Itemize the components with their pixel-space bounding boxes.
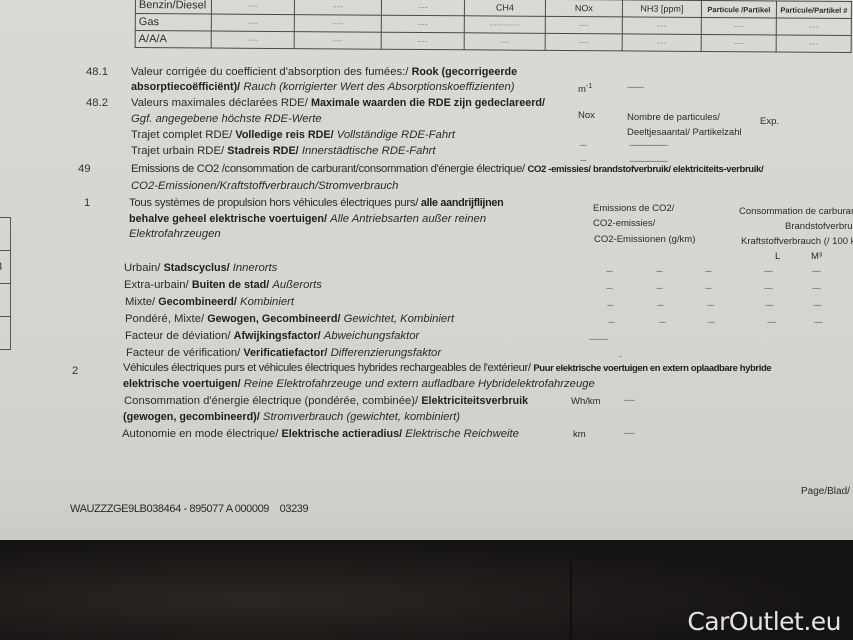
section-49-line1: Emissions de CO2 /consommation de carbur… xyxy=(131,163,763,175)
text-de: Innerstädtische RDE-Fahrt xyxy=(302,145,436,157)
document-page: Benzin/Diesel --- --- --- CH4 NOx NH3 [p… xyxy=(0,0,853,580)
value-field: --- xyxy=(580,140,586,150)
electric-consumption-row: Consommation d'énergie électrique (pondé… xyxy=(124,395,528,407)
text-fr: Valeurs maximales déclarées RDE/ xyxy=(131,97,308,109)
value-field: -------- xyxy=(627,82,643,92)
table-cell xyxy=(0,317,10,349)
table-cell xyxy=(0,218,10,251)
text-fr: Tous systèmes de propulsion hors véhicul… xyxy=(129,197,418,209)
value-field: ------------------- xyxy=(629,140,667,150)
table-cell: --- xyxy=(211,0,294,15)
text-fr: Urbain/ xyxy=(124,262,160,274)
section-1-line2: behalve geheel elektrische voertuigen/ A… xyxy=(129,213,486,225)
text-de: Abweichungsfaktor xyxy=(324,330,419,342)
table-row: A/A/A --- --- --- --- --- --- --- --- xyxy=(135,31,851,53)
text-nl: Gewogen, Gecombineerd/ xyxy=(207,313,340,325)
value-field: --- xyxy=(606,283,612,293)
table-cell: --- xyxy=(211,31,294,49)
table-cell: --- xyxy=(622,34,701,52)
text-nl: CO2 -emissies/ brandstofverbruik/ elektr… xyxy=(527,164,763,175)
text-de: Elektrische Reichweite xyxy=(405,428,519,440)
unit-label: M³ xyxy=(811,251,822,262)
row-label: A/A/A xyxy=(135,31,211,49)
column-header-particle-count: Particule/Partikel # xyxy=(776,1,851,19)
text-nl: Gecombineerd/ xyxy=(158,296,237,308)
text-nl: Volledige reis RDE/ xyxy=(235,129,333,141)
table-cell: --------- xyxy=(464,16,545,34)
rde-row: Trajet urbain RDE/ Stadreis RDE/ Innerst… xyxy=(131,145,436,157)
emissions-table: Benzin/Diesel --- --- --- CH4 NOx NH3 [p… xyxy=(135,0,852,53)
column-label-nox: Nox xyxy=(578,110,595,121)
row-label: Gas xyxy=(135,14,211,32)
unit-label: L xyxy=(775,251,780,262)
value-field: --- xyxy=(705,283,711,293)
text-nl: behalve geheel elektrische voertuigen/ xyxy=(129,213,327,225)
column-label-fuel: Consommation de carburant xyxy=(739,206,853,217)
text-fr: Trajet complet RDE/ xyxy=(131,129,232,141)
adjacent-page-table: 3 xyxy=(0,217,11,350)
column-label-co2: CO2-Emissionen (g/km) xyxy=(594,234,695,245)
text-nl: Verificatiefactor/ xyxy=(243,347,327,359)
text-fr: Véhicules électriques purs et véhicules … xyxy=(123,362,531,374)
consumption-row: Urbain/ Stadscyclus/ Innerorts xyxy=(124,262,277,274)
value-field: --------- xyxy=(589,334,607,344)
text-de: Differenzierungsfaktor xyxy=(331,347,442,359)
value-field: ---- xyxy=(765,300,773,310)
consumption-row: Facteur de déviation/ Afwijkingsfactor/ … xyxy=(125,330,419,342)
section-number: 49 xyxy=(78,163,91,175)
unit-label: m-1 xyxy=(578,83,592,95)
section-48-1-line1: Valeur corrigée du coefficient d'absorpt… xyxy=(131,66,517,78)
table-cell: --- xyxy=(545,16,622,34)
electric-range-row: Autonomie en mode électrique/ Elektrisch… xyxy=(122,428,519,440)
text-fr: Pondéré, Mixte/ xyxy=(125,313,204,325)
section-1-line1: Tous systèmes de propulsion hors véhicul… xyxy=(129,197,503,209)
text-de: Rauch (korrigierter Wert des Absorptions… xyxy=(243,81,514,93)
section-number: 48.1 xyxy=(86,66,108,78)
table-cell: --- xyxy=(545,33,622,51)
page-label: Page/Blad/ xyxy=(801,486,850,497)
text-nl: Elektrische actieradius/ xyxy=(282,428,403,440)
section-number: 2 xyxy=(72,365,78,377)
row-label: Benzin/Diesel xyxy=(135,0,211,14)
table-cell: --- xyxy=(381,15,464,33)
value-field: ---- xyxy=(814,317,822,327)
footer-identifier: WAUZZZGE9LB038464 - 895077 A 000009 0323… xyxy=(70,503,308,515)
value-field: ---- xyxy=(812,283,820,293)
document-code: 03239 xyxy=(280,503,309,515)
text-fr: Valeur corrigée du coefficient d'absorpt… xyxy=(131,66,408,78)
text-fr: Facteur de déviation/ xyxy=(125,330,231,342)
table-cell: --- xyxy=(211,14,294,32)
value-field: --- xyxy=(608,317,614,327)
text-fr: Extra-urbain/ xyxy=(124,279,189,291)
column-label-particles: Nombre de particules/ xyxy=(627,112,720,123)
text-de: Alle Antriebsarten außer reinen xyxy=(330,213,486,225)
text-de: Ggf. angegebene höchste RDE-Werte xyxy=(131,113,322,125)
value-field: --- xyxy=(707,300,713,310)
column-header-particle: Particule /Partikel xyxy=(701,0,776,18)
section-48-1-line2: absorptiecoëfficiënt)/ Rauch (korrigiert… xyxy=(131,81,515,93)
consumption-row: Extra-urbain/ Buiten de stad/ Außerorts xyxy=(124,279,322,291)
value-field: ---- xyxy=(813,300,821,310)
text-de: Innerorts xyxy=(233,262,278,274)
value-field: ---- xyxy=(767,317,775,327)
interior-seam xyxy=(570,560,572,640)
value-field: ---- xyxy=(812,266,820,276)
text-nl: Buiten de stad/ xyxy=(192,279,269,291)
table-cell: --- xyxy=(294,15,381,33)
text-fr: Facteur de vérification/ xyxy=(126,347,240,359)
unit-label: Wh/km xyxy=(571,396,601,407)
value-field: --- xyxy=(659,317,665,327)
table-cell: --- xyxy=(776,18,851,36)
column-header-nox: NOx xyxy=(545,0,622,17)
text-fr: Consommation d'énergie électrique (pondé… xyxy=(124,395,418,407)
vin-text: WAUZZZGE9LB038464 - 895077 A 000009 xyxy=(70,503,269,515)
text-nl: Stadscyclus/ xyxy=(164,262,230,274)
column-label-fuel: Kraftstoffverbrauch (/ 100 km) xyxy=(741,236,853,247)
column-label-exp: Exp. xyxy=(760,116,779,127)
text-de: Gewichtet, Kombiniert xyxy=(344,313,455,325)
value-field: --- xyxy=(606,266,612,276)
table-cell: --- xyxy=(381,0,464,16)
text-de: Außerorts xyxy=(272,279,322,291)
section-2-line2: elektrische voertuigen/ Reine Elektrofah… xyxy=(123,378,595,390)
value-field: --- xyxy=(607,300,613,310)
table-cell: --- xyxy=(622,17,701,35)
value-field: - xyxy=(619,351,621,361)
text-fr: Emissions de CO2 /consommation de carbur… xyxy=(131,163,525,175)
text-nl: absorptiecoëfficiënt)/ xyxy=(131,81,240,93)
text-nl: Puur elektrische voertuigen en extern op… xyxy=(533,363,771,374)
text-de: Elektrofahrzeugen xyxy=(129,228,221,240)
section-number: 48.2 xyxy=(86,97,108,109)
consumption-row: Facteur de vérification/ Verificatiefact… xyxy=(126,347,441,359)
table-cell: --- xyxy=(464,33,545,51)
column-label-fuel: Brandstofverbruik xyxy=(785,221,853,232)
text-nl: Maximale waarden die RDE zijn gedeclaree… xyxy=(311,97,545,109)
text-nl: elektrische voertuigen/ xyxy=(123,378,241,390)
table-cell: --- xyxy=(294,32,381,50)
text-de: Kombiniert xyxy=(240,296,294,308)
table-cell: --- xyxy=(381,32,464,50)
column-label-co2: CO2-emissies/ xyxy=(593,218,655,229)
value-field: --- xyxy=(708,317,714,327)
column-label-co2: Emissions de CO2/ xyxy=(593,203,674,214)
table-cell: --- xyxy=(701,17,776,35)
column-label-particles-nl-de: Deeltjesaantal/ Partikelzahl xyxy=(627,127,742,138)
section-48-2-line1: Valeurs maximales déclarées RDE/ Maximal… xyxy=(131,97,545,109)
consumption-row: Pondéré, Mixte/ Gewogen, Gecombineerd/ G… xyxy=(125,313,454,325)
section-number: 1 xyxy=(84,197,90,209)
text-nl: Afwijkingsfactor/ xyxy=(234,330,321,342)
table-cell xyxy=(0,284,10,317)
electric-consumption-row-cont: (gewogen, gecombineerd)/ Stromverbrauch … xyxy=(123,411,460,423)
value-field: --- xyxy=(657,300,663,310)
value-field: ---- xyxy=(764,283,772,293)
value-field: ---- xyxy=(764,266,772,276)
text-de: Vollständige RDE-Fahrt xyxy=(337,129,455,141)
value-field: ----- xyxy=(624,395,634,405)
table-cell: 3 xyxy=(0,251,10,284)
text-fr: Mixte/ xyxy=(125,296,155,308)
consumption-row: Mixte/ Gecombineerd/ Kombiniert xyxy=(125,296,294,308)
section-2-line1: Véhicules électriques purs et véhicules … xyxy=(123,362,771,374)
table-cell: --- xyxy=(294,0,381,15)
text-de: CO2-Emissionen/Kraftstoffverbrauch/Strom… xyxy=(131,180,398,192)
unit-label: km xyxy=(573,429,586,440)
value-field: --- xyxy=(656,283,662,293)
value-field: --- xyxy=(705,266,711,276)
text-nl: Elektriciteitsverbruik xyxy=(421,395,528,407)
watermark-logo: CarOutlet.eu xyxy=(687,607,841,636)
text-de: Reine Elektrofahrzeuge und extern auflad… xyxy=(244,378,595,390)
text-nl: (gewogen, gecombineerd)/ xyxy=(123,411,260,423)
value-field: --- xyxy=(656,266,662,276)
rde-row: Trajet complet RDE/ Volledige reis RDE/ … xyxy=(131,129,455,141)
text-de: Stromverbrauch (gewichtet, kombiniert) xyxy=(263,411,460,423)
value-field: ----- xyxy=(624,428,634,438)
text-fr: Trajet urbain RDE/ xyxy=(131,145,224,157)
text-nl: Rook (gecorrigeerde xyxy=(412,66,518,78)
text-nl: Stadreis RDE/ xyxy=(227,145,298,157)
column-header-nh3: NH3 [ppm] xyxy=(622,0,701,17)
table-cell: --- xyxy=(776,35,851,53)
table-cell: --- xyxy=(701,34,776,52)
text-nl: alle aandrijflijnen xyxy=(421,197,504,209)
text-fr: Autonomie en mode électrique/ xyxy=(122,428,278,440)
column-header-ch4: CH4 xyxy=(464,0,545,16)
